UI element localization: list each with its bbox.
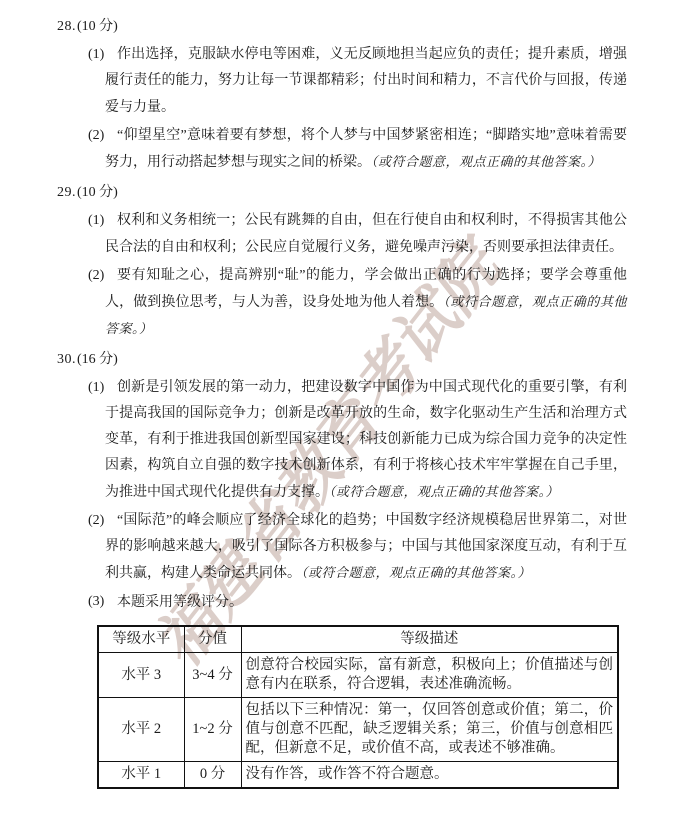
desc-cell: 包括以下三种情况：第一，仅回答创意或价值；第二，价值与创意不匹配，缺乏逻辑关系；… [241, 698, 618, 762]
desc-cell: 创意符合校园实际，富有新意，积极向上；价值描述与创意有内在联系，符合逻辑，表述准… [241, 653, 618, 698]
question-30-item-3: (3)本题采用等级评分。 [105, 589, 627, 616]
question-30-header: 30.(16 分) [57, 347, 627, 373]
item-label: (3) [88, 589, 104, 615]
answer-text: 作出选择，克服缺水停电等困难，义无反顾地担当起应负的责任；提升素质，增强履行责任… [105, 47, 627, 115]
answer-text: 创新是引领发展的第一动力，把建设数字中国作为中国式现代化的重要引擎，有利于提高我… [105, 380, 627, 500]
item-label: (1) [88, 208, 104, 234]
header-level: 等级水平 [98, 626, 184, 653]
question-30-item-2: (2)“国际范”的峰会顺应了经济全球化的趋势；中国数字经济规模稳居世界第二，对世… [105, 508, 627, 587]
item-label: (1) [88, 375, 104, 401]
question-29: 29.(10 分) (1)权利和义务相统一；公民有跳舞的自由，但在行使自由和权利… [55, 180, 627, 343]
question-number: 28. [57, 19, 76, 34]
level-cell: 水平 1 [98, 762, 184, 789]
question-29-item-1: (1)权利和义务相统一；公民有跳舞的自由，但在行使自由和权利时，不得损害其他公民… [105, 208, 627, 261]
table-row-level-2: 水平 2 1~2 分 包括以下三种情况：第一，仅回答创意或价值；第二，价值与创意… [98, 698, 618, 762]
question-28-item-1: (1)作出选择，克服缺水停电等困难，义无反顾地担当起应负的责任；提升素质，增强履… [105, 42, 627, 121]
grading-table: 等级水平 分值 等级描述 水平 3 3~4 分 创意符合校园实际，富有新意，积极… [97, 625, 619, 789]
answer-note: （或符合题意，观点正确的其他答案。） [301, 565, 531, 580]
question-28-item-2: (2)“仰望星空”意味着要有梦想，将个人梦与中国梦紧密相连；“脚踏实地”意味着需… [105, 123, 627, 176]
answer-text: 权利和义务相统一；公民有跳舞的自由，但在行使自由和权利时，不得损害其他公民合法的… [105, 213, 627, 255]
header-desc: 等级描述 [241, 626, 618, 653]
answer-text: 本题采用等级评分。 [117, 595, 243, 610]
question-score: (10 分) [77, 185, 118, 200]
item-label: (2) [88, 508, 104, 534]
question-29-header: 29.(10 分) [57, 180, 627, 206]
desc-cell: 没有作答，或作答不符合题意。 [241, 762, 618, 789]
question-number: 30. [57, 352, 76, 367]
table-row-level-1: 水平 1 0 分 没有作答，或作答不符合题意。 [98, 762, 618, 789]
level-cell: 水平 3 [98, 653, 184, 698]
question-28: 28.(10 分) (1)作出选择，克服缺水停电等困难，义无反顾地担当起应负的责… [55, 14, 627, 176]
answer-sheet: 28.(10 分) (1)作出选择，克服缺水停电等困难，义无反顾地担当起应负的责… [55, 14, 627, 789]
score-cell: 0 分 [184, 762, 241, 789]
question-30: 30.(16 分) (1)创新是引领发展的第一动力，把建设数字中国作为中国式现代… [55, 347, 627, 789]
question-score: (16 分) [77, 352, 118, 367]
item-label: (2) [88, 123, 104, 149]
score-cell: 1~2 分 [184, 698, 241, 762]
grading-table-header-row: 等级水平 分值 等级描述 [98, 626, 618, 653]
header-score: 分值 [184, 626, 241, 653]
answer-note: （或符合题意，观点正确的其他答案。） [329, 484, 559, 499]
table-row-level-3: 水平 3 3~4 分 创意符合校园实际，富有新意，积极向上；价值描述与创意有内在… [98, 653, 618, 698]
item-label: (1) [88, 42, 104, 68]
item-label: (2) [88, 263, 104, 289]
question-29-item-2: (2)要有知耻之心，提高辨别“耻”的能力，学会做出正确的行为选择；要学会尊重他人… [105, 263, 627, 343]
score-cell: 3~4 分 [184, 653, 241, 698]
answer-note: （或符合题意，观点正确的其他答案。） [371, 154, 601, 169]
question-number: 29. [57, 185, 76, 200]
question-30-item-1: (1)创新是引领发展的第一动力，把建设数字中国作为中国式现代化的重要引擎，有利于… [105, 375, 627, 506]
question-28-header: 28.(10 分) [57, 14, 627, 40]
question-score: (10 分) [77, 19, 118, 34]
level-cell: 水平 2 [98, 698, 184, 762]
